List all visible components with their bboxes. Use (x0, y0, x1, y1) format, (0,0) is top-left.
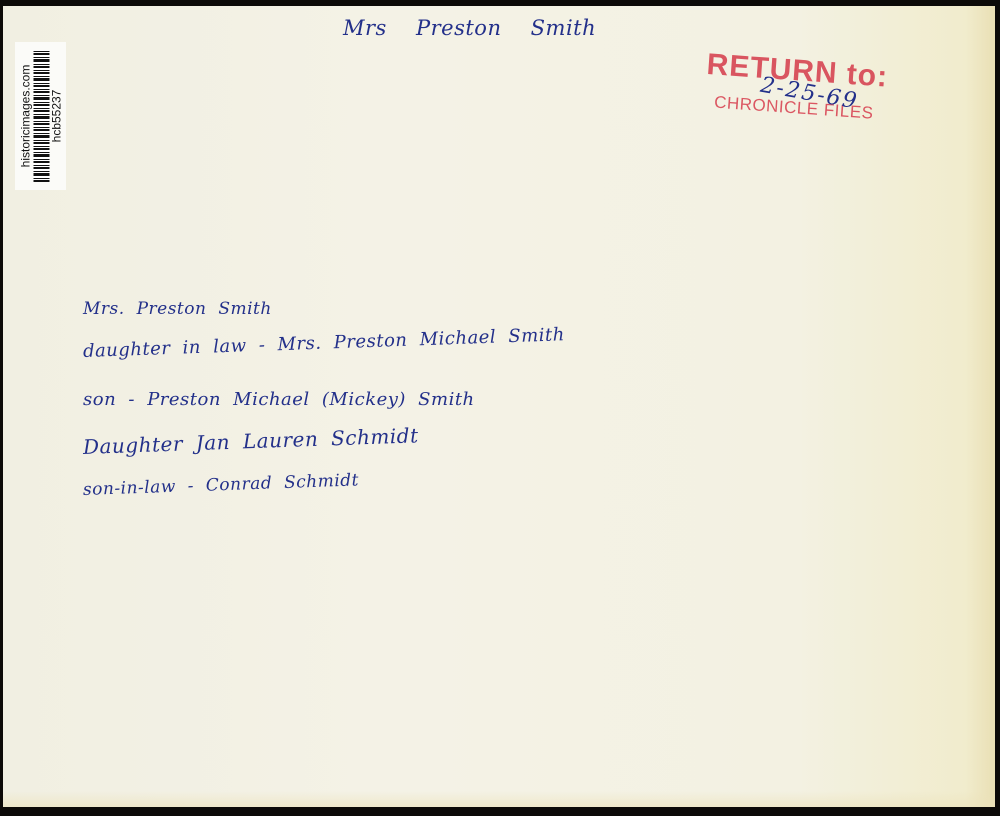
archive-site-text: historicimages.com (19, 65, 32, 168)
note-line-1: Mrs. Preston Smith (83, 299, 272, 319)
note-line-3: son - Preston Michael (Mickey) Smith (83, 389, 475, 410)
barcode-icon (33, 50, 49, 182)
archive-label-content: historicimages.com hcb55237 (15, 42, 66, 190)
note-line-2: daughter in law - Mrs. Preston Michael S… (83, 324, 566, 362)
archive-label: historicimages.com hcb55237 (15, 42, 66, 190)
photo-back-paper: historicimages.com hcb55237 Mrs Preston … (3, 6, 995, 807)
return-stamp: RETURN to: CHRONICLE FILES 2-25-69 (701, 48, 907, 157)
archive-id-text: hcb55237 (50, 90, 63, 143)
note-line-4: Daughter Jan Lauren Schmidt (83, 423, 419, 459)
handwritten-title: Mrs Preston Smith (343, 16, 596, 40)
note-line-5: son-in-law - Conrad Schmidt (83, 470, 360, 500)
